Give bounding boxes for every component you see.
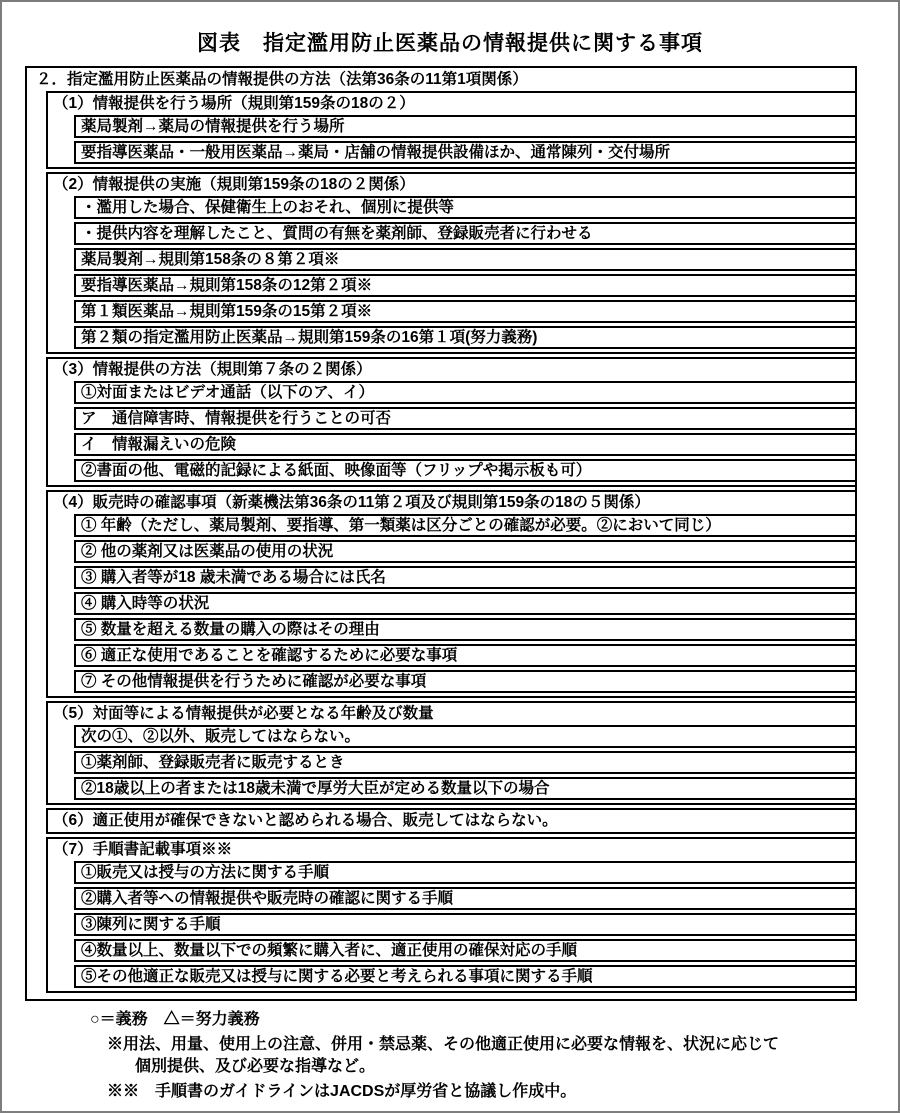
section-header: （6）適正使用が確保できないと認められる場合、販売してはならない。 — [48, 810, 855, 832]
table-row: 要指導医薬品・一般用医薬品→薬局・店舗の情報提供設備ほか、通常陳列・交付場所 — [74, 141, 857, 164]
table-row: ⑦ その他情報提供を行うために確認が必要な事項 — [74, 670, 857, 693]
table-row: ②18歳以上の者または18歳未満で厚労大臣が定める数量以下の場合 — [74, 777, 857, 800]
section: （2）情報提供の実施（規則第159条の18の２関係）・濫用した場合、保健衛生上の… — [46, 172, 857, 354]
table-row: ・濫用した場合、保健衛生上のおそれ、個別に提供等 — [74, 196, 857, 219]
section-header: （2）情報提供の実施（規則第159条の18の２関係） — [48, 174, 855, 196]
section-header: （4）販売時の確認事項（新薬機法第36条の11第２項及び規則第159条の18の５… — [48, 492, 855, 514]
table-row: ③ 購入者等が18 歳未満である場合には氏名 — [74, 566, 857, 589]
table-row: ③陳列に関する手順 — [74, 913, 857, 936]
footnote-2: ※※ 手順書のガイドラインはJACDSが厚労省と協議し作成中。 — [107, 1082, 898, 1102]
section-header: （5）対面等による情報提供が必要となる年齢及び数量 — [48, 703, 855, 725]
table-row: 第１類医薬品→規則第159条の15第２項※ — [74, 300, 857, 323]
table-row: 薬局製剤→薬局の情報提供を行う場所 — [74, 115, 857, 138]
table-row: ⑤ 数量を超える数量の購入の際はその理由 — [74, 618, 857, 641]
table: ２．指定濫用防止医薬品の情報提供の方法（法第36条の11第1項関係） （1）情報… — [25, 66, 857, 1001]
table-row: ①対面またはビデオ通話（以下のア、イ） — [74, 381, 857, 404]
table-row: 次の①、②以外、販売してはならない。 — [74, 725, 857, 748]
table-row: ④ 購入時等の状況 — [74, 592, 857, 615]
table-row: ② 他の薬剤又は医薬品の使用の状況 — [74, 540, 857, 563]
table-row: 要指導医薬品→規則第158条の12第２項※ — [74, 274, 857, 297]
table-row: ②書面の他、電磁的記録による紙面、映像面等（フリップや掲示板も可） — [74, 459, 857, 482]
table-row: ①薬剤師、登録販売者に販売するとき — [74, 751, 857, 774]
footnote-1-line-1: ※用法、用量、使用上の注意、併用・禁忌薬、その他適正使用に必要な情報を、状況に応… — [107, 1035, 898, 1055]
table-row: 第２類の指定濫用防止医薬品→規則第159条の16第１項(努力義務) — [74, 326, 857, 349]
footnote-legend: ○＝義務 △＝努力義務 — [90, 1010, 898, 1030]
page-title: 図表 指定濫用防止医薬品の情報提供に関する事項 — [2, 27, 898, 57]
table-row: ⑤その他適正な販売又は授与に関する必要と考えられる事項に関する手順 — [74, 965, 857, 988]
table-row: ・提供内容を理解したこと、質問の有無を薬剤師、登録販売者に行わせる — [74, 222, 857, 245]
table-row: ア 通信障害時、情報提供を行うことの可否 — [74, 407, 857, 430]
table-row: ②購入者等への情報提供や販売時の確認に関する手順 — [74, 887, 857, 910]
page: { "page": { "title": "図表 指定濫用防止医薬品の情報提供に… — [0, 0, 900, 1113]
section: （4）販売時の確認事項（新薬機法第36条の11第２項及び規則第159条の18の５… — [46, 490, 857, 698]
footnotes: ○＝義務 △＝努力義務 ※用法、用量、使用上の注意、併用・禁忌薬、その他適正使用… — [2, 1010, 898, 1102]
table-row: ①販売又は授与の方法に関する手順 — [74, 861, 857, 884]
section: （5）対面等による情報提供が必要となる年齢及び数量次の①、②以外、販売してはなら… — [46, 701, 857, 805]
section: （3）情報提供の方法（規則第７条の２関係）①対面またはビデオ通話（以下のア、イ）… — [46, 357, 857, 487]
section: （6）適正使用が確保できないと認められる場合、販売してはならない。 — [46, 808, 857, 834]
section-header: （7）手順書記載事項※※ — [48, 839, 855, 861]
table-row: ⑥ 適正な使用であることを確認するために必要な事項 — [74, 644, 857, 667]
table-row: イ 情報漏えいの危険 — [74, 433, 857, 456]
table-header: ２．指定濫用防止医薬品の情報提供の方法（法第36条の11第1項関係） — [27, 68, 855, 91]
footnote-1-line-2: 個別提供、及び必要な指導など。 — [135, 1057, 898, 1077]
section: （7）手順書記載事項※※①販売又は授与の方法に関する手順②購入者等への情報提供や… — [46, 837, 857, 993]
section-header: （1）情報提供を行う場所（規則第159条の18の２） — [48, 93, 855, 115]
table-row: ④数量以上、数量以下での頻繁に購入者に、適正使用の確保対応の手順 — [74, 939, 857, 962]
table-row: ① 年齢（ただし、薬局製剤、要指導、第一類薬は区分ごとの確認が必要。②において同… — [74, 514, 857, 537]
section: （1）情報提供を行う場所（規則第159条の18の２）薬局製剤→薬局の情報提供を行… — [46, 91, 857, 169]
table-row: 薬局製剤→規則第158条の８第２項※ — [74, 248, 857, 271]
section-header: （3）情報提供の方法（規則第７条の２関係） — [48, 359, 855, 381]
